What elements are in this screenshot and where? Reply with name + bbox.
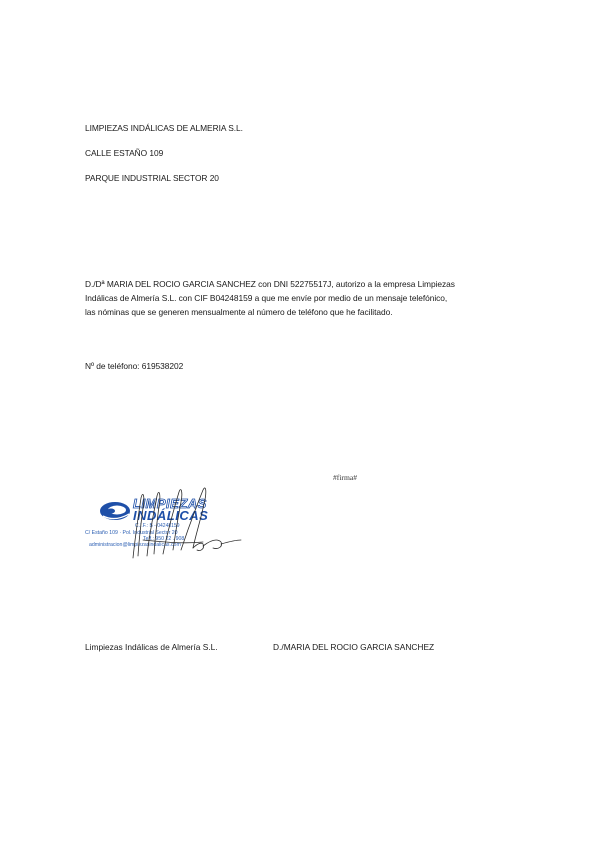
company-stamp: LIMPIEZAS INDÁLICAS C.I.F.: B - 04248159… [83, 478, 248, 563]
phone-number: Nº de teléfono: 619538202 [85, 361, 183, 372]
paragraph-line: las nóminas que se generen mensualmente … [85, 305, 535, 319]
paragraph-line: Indálicas de Almería S.L. con CIF B04248… [85, 291, 535, 305]
signature-placeholder: #firma# [333, 473, 357, 482]
recipient-area: PARQUE INDUSTRIAL SECTOR 20 [85, 173, 219, 184]
signature-label-employee: D./MARIA DEL ROCIO GARCIA SANCHEZ [273, 642, 434, 652]
handwritten-signature-icon [83, 478, 248, 563]
signature-label-company: Limpiezas Indálicas de Almería S.L. [85, 642, 218, 652]
recipient-street: CALLE ESTAÑO 109 [85, 148, 163, 159]
authorization-paragraph: D./Dª MARIA DEL ROCIO GARCIA SANCHEZ con… [85, 277, 535, 320]
paragraph-line: D./Dª MARIA DEL ROCIO GARCIA SANCHEZ con… [85, 277, 535, 291]
document-page: LIMPIEZAS INDÁLICAS DE ALMERIA S.L. CALL… [0, 0, 595, 841]
recipient-company: LIMPIEZAS INDÁLICAS DE ALMERIA S.L. [85, 123, 243, 134]
